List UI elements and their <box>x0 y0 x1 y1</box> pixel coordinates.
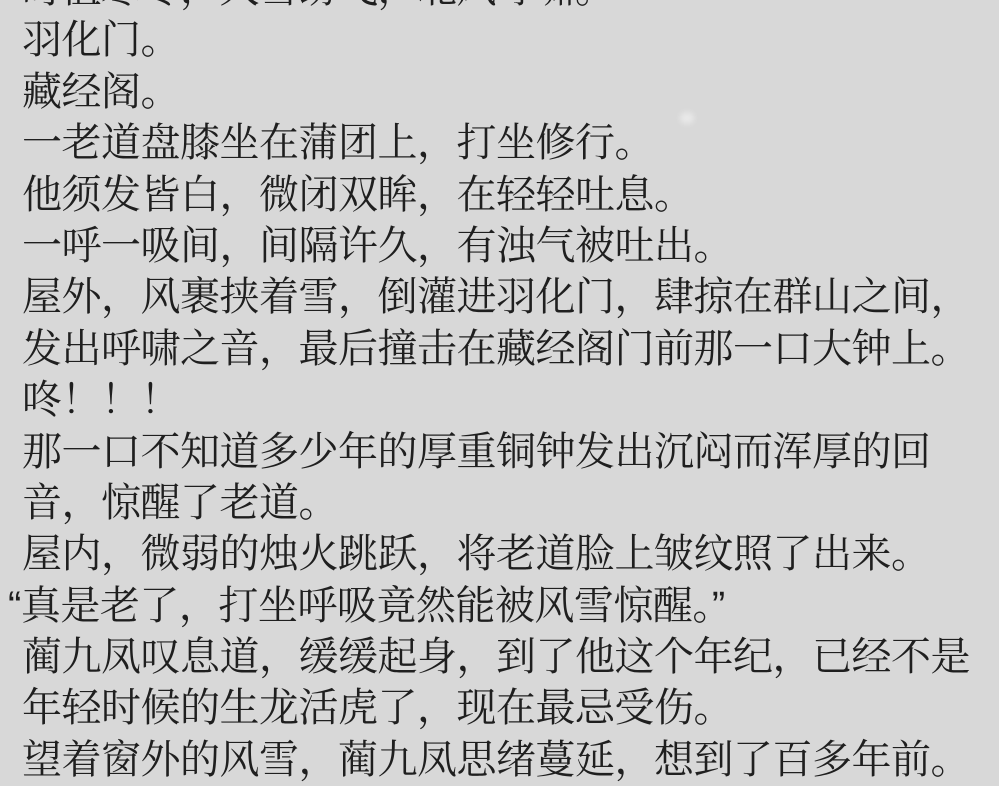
novel-text-line: 音，惊醒了老道。 <box>22 478 989 529</box>
novel-text-line: 望着窗外的风雪，蔺九凤思绪蔓延，想到了百多年前。 <box>22 735 989 786</box>
novel-text-line: 那一口不知道多少年的厚重铜钟发出沉闷而浑厚的回 <box>22 427 989 478</box>
novel-text-line: 羽化门。 <box>22 15 989 66</box>
novel-text-line: 一老道盘膝坐在蒲团上，打坐修行。 <box>22 118 989 169</box>
novel-text-line: 藏经阁。 <box>22 67 989 118</box>
novel-text-line: 屋外，风裹挟着雪，倒灌进羽化门，肆掠在群山之间， <box>22 272 989 323</box>
novel-text-line-clipped: 时值寒冬，大雪纷飞，北风呼啸。 <box>22 0 989 15</box>
novel-text-line: 咚！！！ <box>22 375 989 426</box>
novel-text-line: 一呼一吸间，间隔许久，有浊气被吐出。 <box>22 221 989 272</box>
novel-text-block: 时值寒冬，大雪纷飞，北风呼啸。羽化门。藏经阁。一老道盘膝坐在蒲团上，打坐修行。他… <box>22 0 989 786</box>
reader-page: 时值寒冬，大雪纷飞，北风呼啸。羽化门。藏经阁。一老道盘膝坐在蒲团上，打坐修行。他… <box>0 0 999 786</box>
novel-text-line: 屋内，微弱的烛火跳跃，将老道脸上皱纹照了出来。 <box>22 529 989 580</box>
novel-text-line: 年轻时候的生龙活虎了，现在最忌受伤。 <box>22 683 989 734</box>
novel-text-line: 蔺九凤叹息道，缓缓起身，到了他这个年纪，已经不是 <box>22 632 989 683</box>
novel-text-line: 他须发皆白，微闭双眸，在轻轻吐息。 <box>22 170 989 221</box>
novel-text-line: “真是老了，打坐呼吸竟然能被风雪惊醒。” <box>22 581 989 632</box>
novel-text-line: 发出呼啸之音，最后撞击在藏经阁门前那一口大钟上。 <box>22 324 989 375</box>
